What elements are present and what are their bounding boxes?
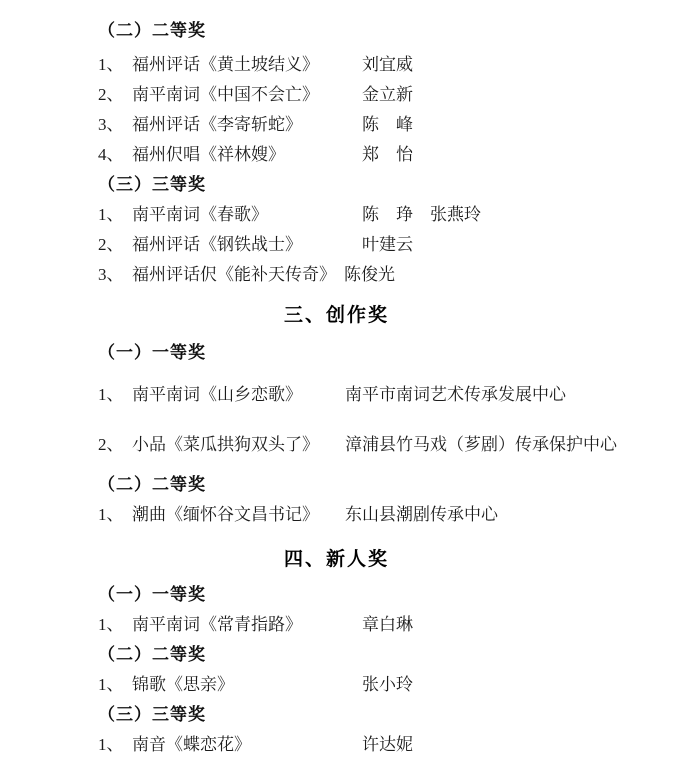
program-title: 福州评话《李寄斩蛇》 bbox=[132, 110, 362, 140]
award-item: 1、福州评话《黄土坡结义》刘宜威 bbox=[98, 50, 658, 80]
item-number: 3、 bbox=[98, 110, 132, 140]
winner-name: 许达妮 bbox=[362, 735, 413, 754]
award-item: 1、南平南词《常青指路》章白琳 bbox=[98, 610, 658, 640]
item-number: 1、 bbox=[98, 610, 132, 640]
winner-name: 刘宜威 bbox=[362, 55, 413, 74]
winner-organization: 南平市南词艺术传承发展中心 bbox=[345, 385, 566, 404]
award-level-heading: （二）二等奖 bbox=[98, 16, 658, 46]
program-title: 福州评话伬《能补天传奇》 bbox=[132, 260, 336, 290]
winner-name: 陈俊光 bbox=[344, 265, 395, 284]
winner-name: 陈 峰 bbox=[362, 115, 413, 134]
award-item: 1、锦歌《思亲》张小玲 bbox=[98, 670, 658, 700]
award-item: 3、福州评话伬《能补天传奇》陈俊光 bbox=[98, 260, 658, 290]
item-number: 2、 bbox=[98, 230, 132, 260]
award-item: 1、南音《蝶恋花》许达妮 bbox=[98, 730, 658, 760]
program-title: 南平南词《中国不会亡》 bbox=[132, 80, 362, 110]
program-title: 锦歌《思亲》 bbox=[132, 670, 362, 700]
item-number: 1、 bbox=[98, 730, 132, 760]
program-title: 福州伬唱《祥林嫂》 bbox=[132, 140, 362, 170]
award-level-heading: （一）一等奖 bbox=[98, 338, 658, 368]
program-title: 南音《蝶恋花》 bbox=[132, 730, 362, 760]
winner-name: 章白琳 bbox=[362, 615, 413, 634]
award-item: 1、南平南词《山乡恋歌》南平市南词艺术传承发展中心 bbox=[98, 380, 658, 410]
item-number: 1、 bbox=[98, 50, 132, 80]
item-number: 1、 bbox=[98, 500, 132, 530]
program-title: 南平南词《常青指路》 bbox=[132, 610, 362, 640]
item-number: 3、 bbox=[98, 260, 132, 290]
award-level-heading: （三）三等奖 bbox=[98, 700, 658, 730]
program-title: 南平南词《山乡恋歌》 bbox=[132, 380, 345, 410]
award-level-heading: （一）一等奖 bbox=[98, 580, 658, 610]
section-heading-creation-award: 三、创作奖 bbox=[0, 300, 673, 332]
item-number: 2、 bbox=[98, 430, 132, 460]
program-title: 潮曲《缅怀谷文昌书记》 bbox=[132, 500, 345, 530]
item-number: 1、 bbox=[98, 670, 132, 700]
winner-name: 张小玲 bbox=[362, 675, 413, 694]
program-title: 福州评话《钢铁战士》 bbox=[132, 230, 362, 260]
item-number: 1、 bbox=[98, 200, 132, 230]
award-item: 4、福州伬唱《祥林嫂》郑 怡 bbox=[98, 140, 658, 170]
award-item: 3、福州评话《李寄斩蛇》陈 峰 bbox=[98, 110, 658, 140]
winner-organization: 漳浦县竹马戏（芗剧）传承保护中心 bbox=[345, 435, 617, 454]
award-item: 1、潮曲《缅怀谷文昌书记》东山县潮剧传承中心 bbox=[98, 500, 658, 530]
award-item: 2、福州评话《钢铁战士》叶建云 bbox=[98, 230, 658, 260]
award-level-heading: （二）二等奖 bbox=[98, 470, 658, 500]
award-item: 2、南平南词《中国不会亡》金立新 bbox=[98, 80, 658, 110]
document-page: （二）二等奖 1、福州评话《黄土坡结义》刘宜威 2、南平南词《中国不会亡》金立新… bbox=[0, 0, 673, 770]
program-title: 小品《菜瓜拱狗双头了》 bbox=[132, 430, 345, 460]
program-title: 福州评话《黄土坡结义》 bbox=[132, 50, 362, 80]
awards-list: （二）二等奖 1、福州评话《黄土坡结义》刘宜威 2、南平南词《中国不会亡》金立新… bbox=[98, 16, 658, 760]
item-number: 1、 bbox=[98, 380, 132, 410]
award-level-heading: （二）二等奖 bbox=[98, 640, 658, 670]
winner-name: 金立新 bbox=[362, 85, 413, 104]
item-number: 4、 bbox=[98, 140, 132, 170]
section-heading-newcomer-award: 四、新人奖 bbox=[0, 544, 673, 576]
award-level-heading: （三）三等奖 bbox=[98, 170, 658, 200]
item-number: 2、 bbox=[98, 80, 132, 110]
winner-organization: 东山县潮剧传承中心 bbox=[345, 505, 498, 524]
winner-name: 陈 琤 张燕玲 bbox=[362, 205, 481, 224]
winner-name: 叶建云 bbox=[362, 235, 413, 254]
program-title: 南平南词《春歌》 bbox=[132, 200, 362, 230]
award-item: 1、南平南词《春歌》陈 琤 张燕玲 bbox=[98, 200, 658, 230]
award-item: 2、小品《菜瓜拱狗双头了》漳浦县竹马戏（芗剧）传承保护中心 bbox=[98, 430, 658, 460]
winner-name: 郑 怡 bbox=[362, 145, 413, 164]
